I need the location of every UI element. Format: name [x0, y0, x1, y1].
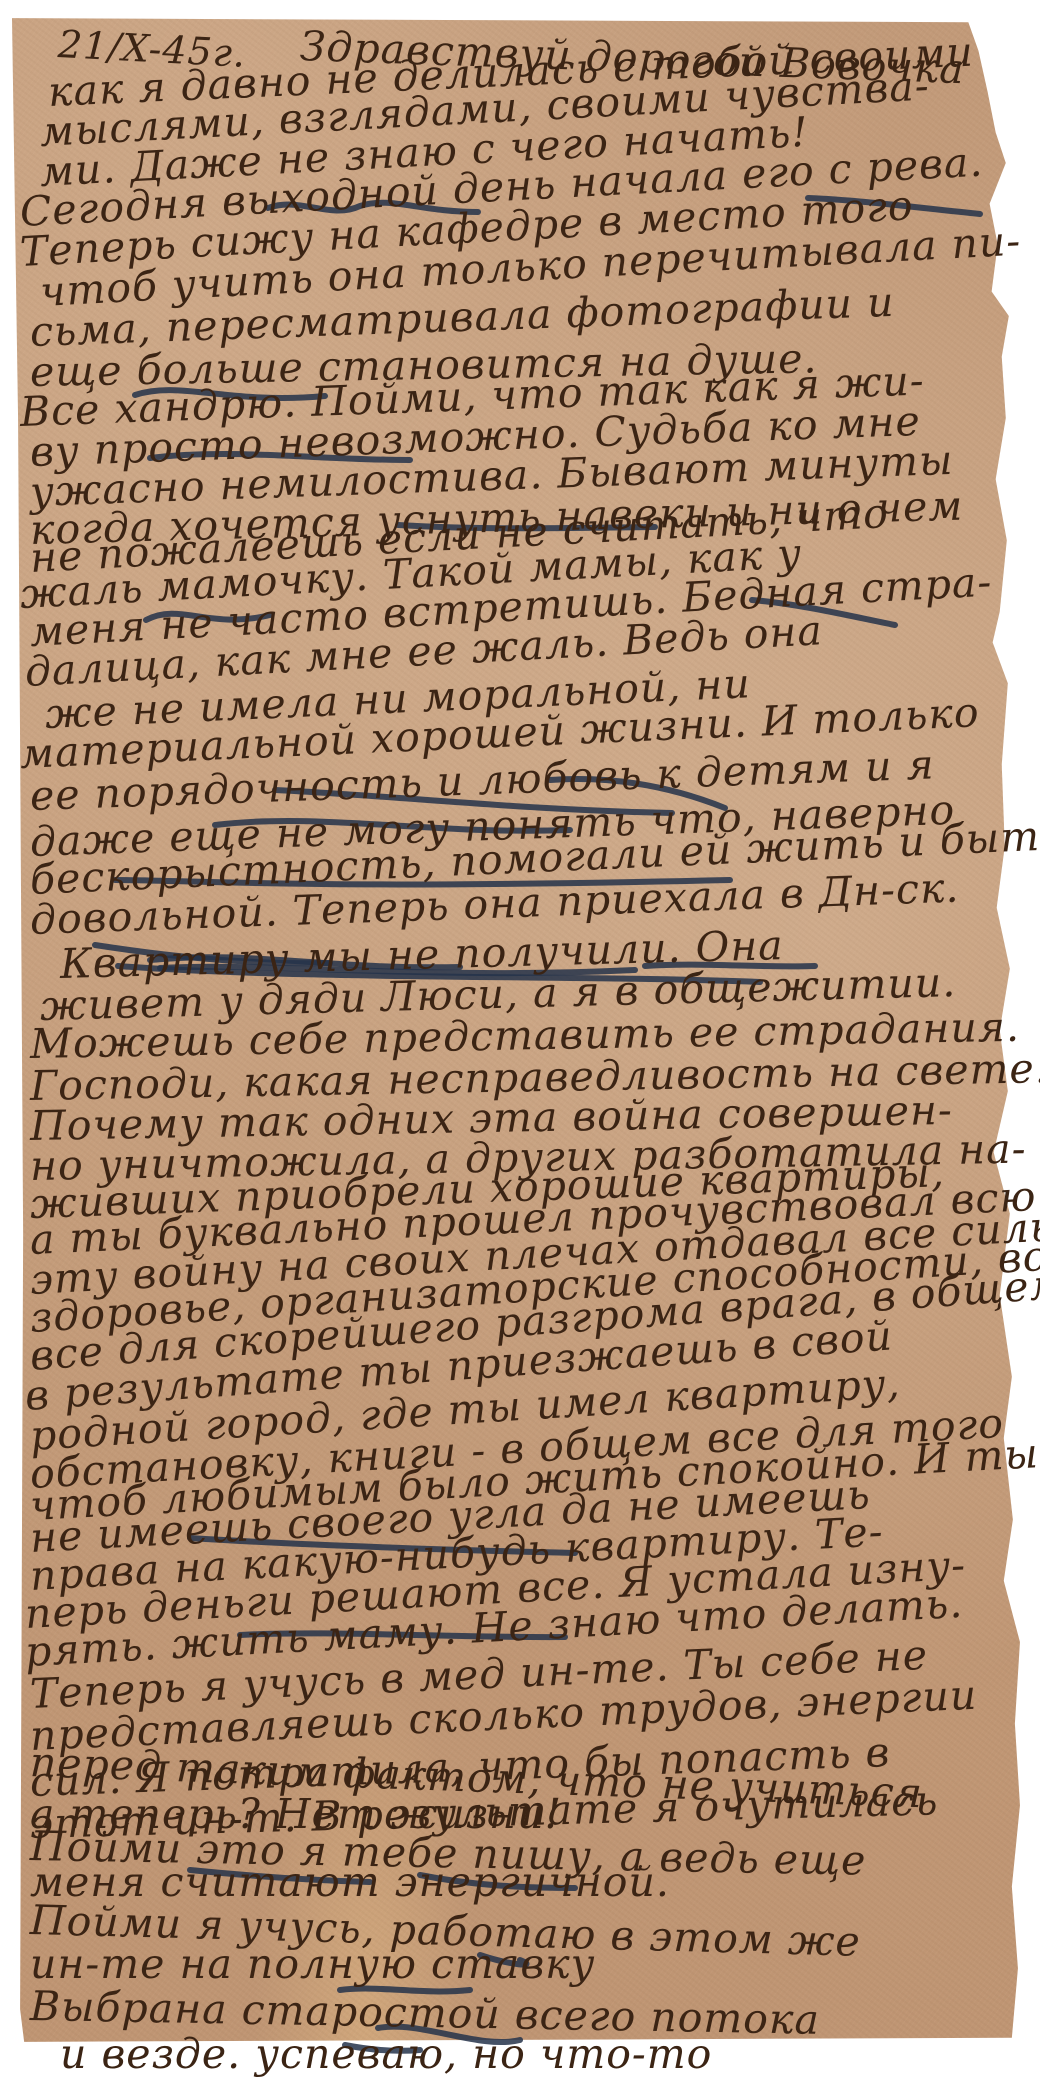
- handwritten-line: ин-те на полную ставку: [30, 1940, 595, 1988]
- handwritten-line: и везде. успеваю, но что-то: [60, 2030, 712, 2078]
